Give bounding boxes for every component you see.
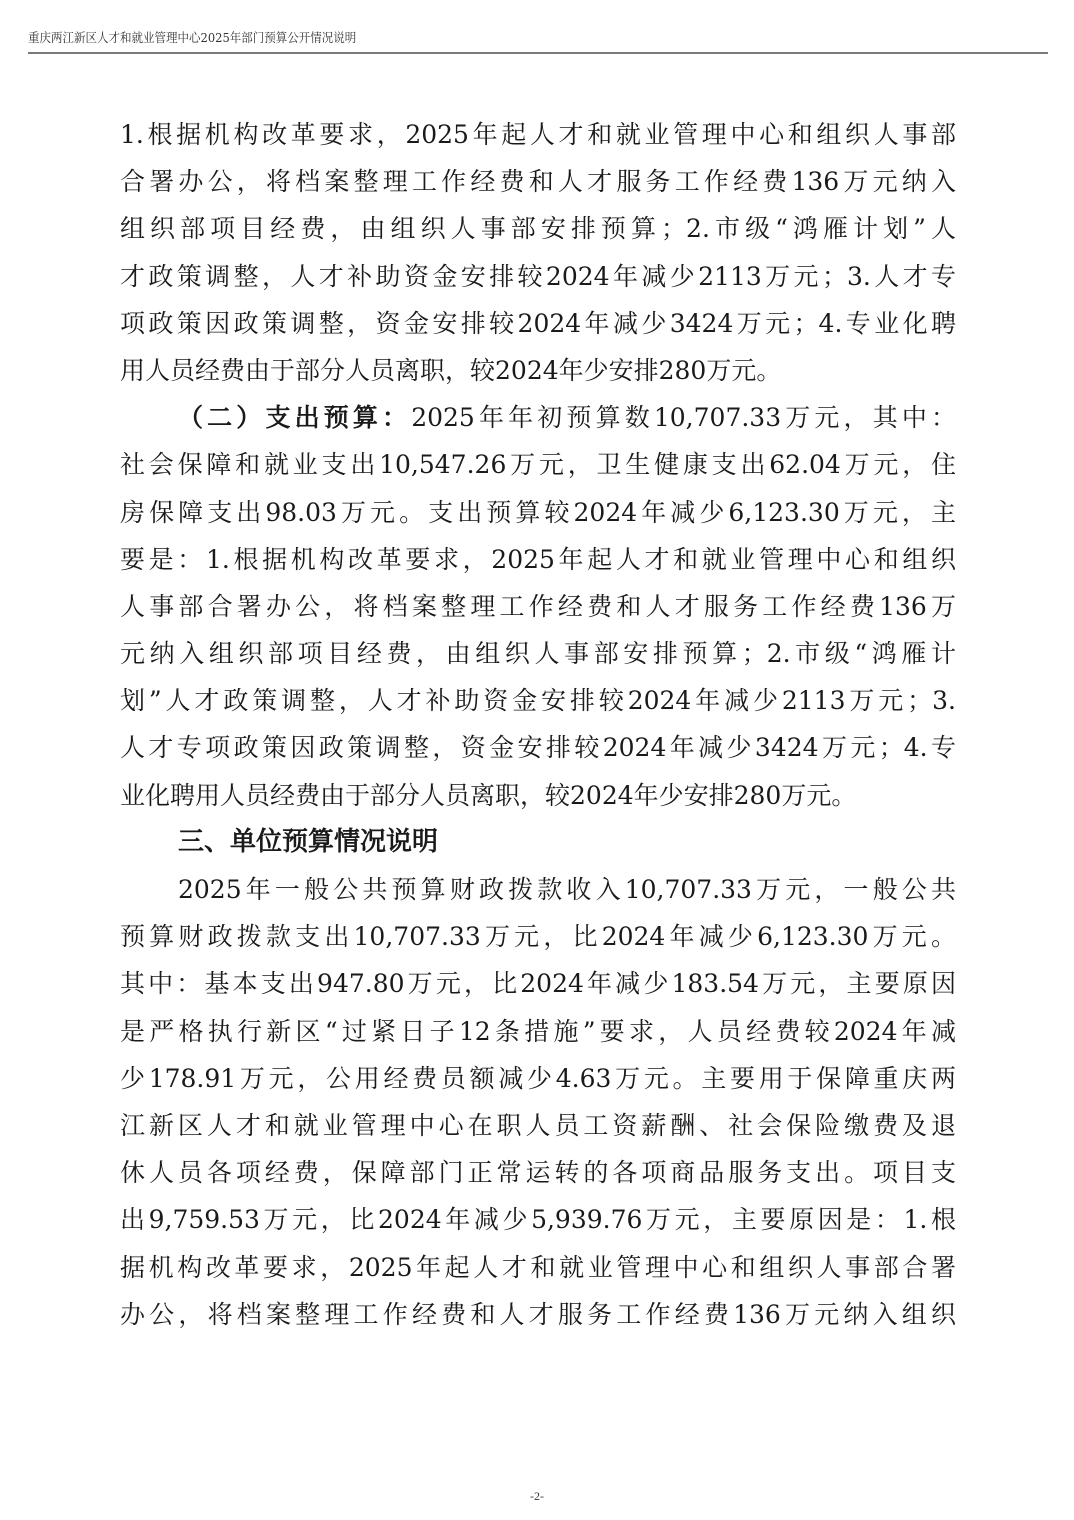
page-number: -2-	[0, 1489, 1074, 1504]
text-line: 才政策调整，人才补助资金安排较2024年减少2113万元；3.人才专	[120, 253, 956, 300]
text-line: 人才专项政策因政策调整，资金安排较2024年减少3424万元；4.专	[120, 724, 956, 771]
text-line: 要是：1.根据机构改革要求，2025年起人才和就业管理中心和组织	[120, 536, 956, 583]
paragraph-expenditure-budget: （二）支出预算：2025年年初预算数10,707.33万元，其中： 社会保障和就…	[120, 394, 956, 819]
text-line: 合署办公，将档案整理工作经费和人才服务工作经费136万元纳入	[120, 158, 956, 205]
document-running-title: 重庆两江新区人才和就业管理中心2025年部门预算公开情况说明	[28, 30, 966, 46]
text-line: 休人员各项经费，保障部门正常运转的各项商品服务支出。项目支	[120, 1149, 956, 1196]
text-line: 出9,759.53万元，比2024年减少5,939.76万元，主要原因是：1.根	[120, 1196, 956, 1243]
paragraph-income-reasons: 1.根据机构改革要求，2025年起人才和就业管理中心和组织人事部 合署办公，将档…	[120, 111, 956, 394]
paragraph-unit-budget: 2025年一般公共预算财政拨款收入10,707.33万元，一般公共 预算财政拨款…	[120, 866, 956, 1338]
text-line: 其中：基本支出947.80万元，比2024年减少183.54万元，主要原因	[120, 960, 956, 1007]
text-line: 元纳入组织部项目经费，由组织人事部安排预算；2.市级“鸿雁计	[120, 630, 956, 677]
page-header: 重庆两江新区人才和就业管理中心2025年部门预算公开情况说明	[28, 30, 1048, 46]
text-line: 社会保障和就业支出10,547.26万元，卫生健康支出62.04万元，住	[120, 441, 956, 488]
text-line: 房保障支出98.03万元。支出预算较2024年减少6,123.30万元，主	[120, 489, 956, 536]
text-line: 2025年一般公共预算财政拨款收入10,707.33万元，一般公共	[120, 866, 956, 913]
text-line: 划”人才政策调整，人才补助资金安排较2024年减少2113万元；3.	[120, 677, 956, 724]
text-line: 江新区人才和就业管理中心在职人员工资薪酬、社会保险缴费及退	[120, 1102, 956, 1149]
text-line: 据机构改革要求，2025年起人才和就业管理中心和组织人事部合署	[120, 1244, 956, 1291]
text-line: 用人员经费由于部分人员离职，较2024年少安排280万元。	[120, 347, 956, 394]
text-line: 是严格执行新区“过紧日子12条措施”要求，人员经费较2024年减	[120, 1008, 956, 1055]
section-heading: 三、单位预算情况说明	[120, 819, 956, 866]
text-run: 2025年年初预算数10,707.33万元，其中：	[411, 403, 956, 432]
text-line: （二）支出预算：2025年年初预算数10,707.33万元，其中：	[120, 394, 956, 441]
text-line: 项政策因政策调整，资金安排较2024年减少3424万元；4.专业化聘	[120, 300, 956, 347]
text-line: 业化聘用人员经费由于部分人员离职，较2024年少安排280万元。	[120, 772, 956, 819]
text-line: 人事部合署办公，将档案整理工作经费和人才服务工作经费136万	[120, 583, 956, 630]
subsection-label: （二）支出预算：	[178, 403, 411, 432]
text-line: 预算财政拨款支出10,707.33万元，比2024年减少6,123.30万元。	[120, 913, 956, 960]
header-divider	[28, 52, 1048, 54]
text-line: 少178.91万元，公用经费员额减少4.63万元。主要用于保障重庆两	[120, 1055, 956, 1102]
text-line: 办公，将档案整理工作经费和人才服务工作经费136万元纳入组织	[120, 1291, 956, 1338]
document-body: 1.根据机构改革要求，2025年起人才和就业管理中心和组织人事部 合署办公，将档…	[120, 111, 956, 1338]
text-line: 组织部项目经费，由组织人事部安排预算；2.市级“鸿雁计划”人	[120, 205, 956, 252]
text-line: 1.根据机构改革要求，2025年起人才和就业管理中心和组织人事部	[120, 111, 956, 158]
